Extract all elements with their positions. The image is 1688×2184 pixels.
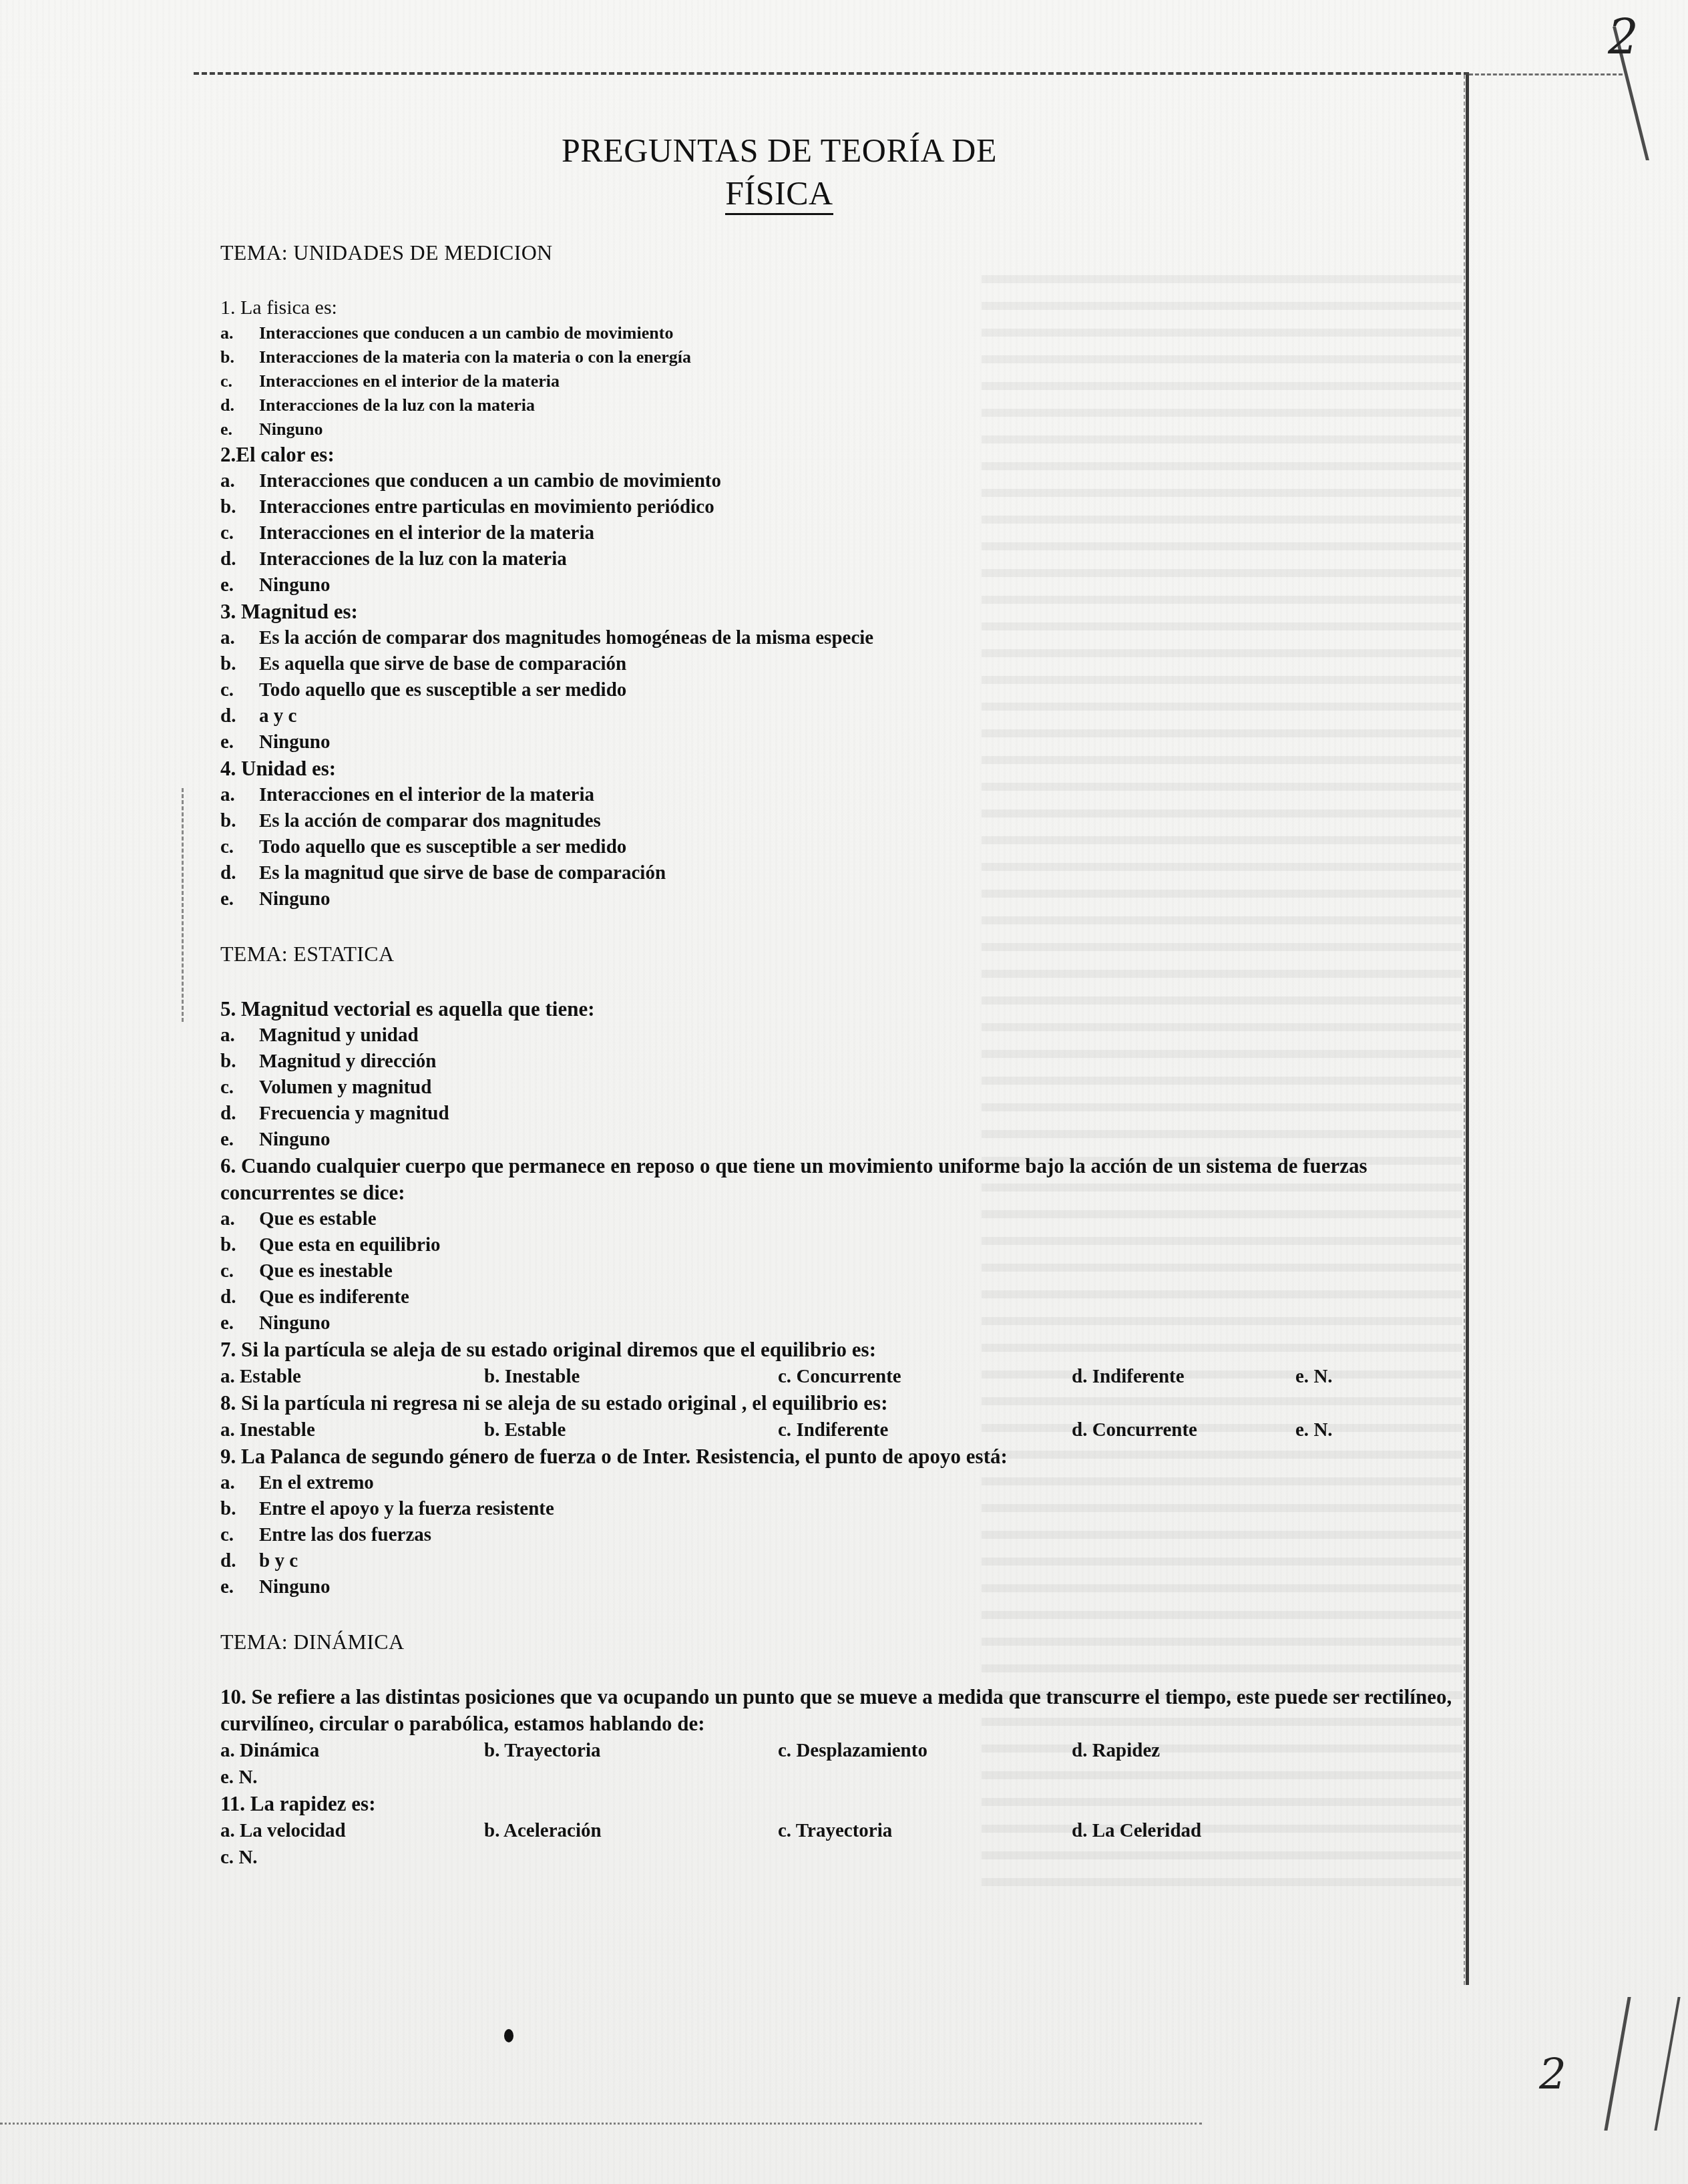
option-c[interactable]: c. N. xyxy=(220,1844,258,1871)
option-label: e. xyxy=(1295,1366,1309,1387)
section-1: TEMA: UNIDADES DE MEDICION1. La fisica e… xyxy=(220,240,1456,912)
option-c[interactable]: c. Indiferente xyxy=(778,1417,1072,1443)
option-label: e. xyxy=(220,1127,259,1153)
option-c[interactable]: c.Interacciones en el interior de la mat… xyxy=(220,369,1456,393)
option-text: Que es indiferente xyxy=(259,1284,409,1310)
option-text: b y c xyxy=(259,1548,298,1574)
option-a[interactable]: a.En el extremo xyxy=(220,1470,1456,1496)
option-label: b. xyxy=(220,1049,259,1075)
option-label: a. xyxy=(220,1820,235,1841)
page-number-top: 2 xyxy=(1608,9,1639,65)
option-d[interactable]: d. La Celeridad xyxy=(1072,1817,1295,1844)
scan-border-top xyxy=(194,72,1469,75)
option-label: a. xyxy=(220,1023,259,1049)
option-list: a.Interacciones que conducen a un cambio… xyxy=(220,468,1456,598)
option-b[interactable]: b.Que esta en equilibrio xyxy=(220,1232,1456,1258)
question-text: 10. Se refiere a las distintas posicione… xyxy=(220,1684,1456,1737)
option-label: b. xyxy=(220,1496,259,1522)
option-d[interactable]: d. Concurrente xyxy=(1072,1417,1295,1443)
option-text: Es la magnitud que sirve de base de comp… xyxy=(259,860,666,886)
option-c[interactable]: c.Todo aquello que es susceptible a ser … xyxy=(220,834,1456,860)
option-text: Entre las dos fuerzas xyxy=(259,1522,431,1548)
option-d[interactable]: d.Es la magnitud que sirve de base de co… xyxy=(220,860,1456,886)
option-text: Trayectoria xyxy=(796,1820,892,1841)
option-label: d. xyxy=(220,1101,259,1127)
question-item: 7. Si la partícula se aleja de su estado… xyxy=(220,1336,1456,1390)
option-d[interactable]: d.Interacciones de la luz con la materia xyxy=(220,393,1456,417)
ink-dot xyxy=(504,2029,513,2042)
question-text: 11. La rapidez es: xyxy=(220,1791,1456,1817)
option-b[interactable]: b. Trayectoria xyxy=(484,1737,778,1764)
option-text: Trayectoria xyxy=(504,1740,600,1761)
option-label: d. xyxy=(220,546,259,572)
option-a[interactable]: a. Estable xyxy=(220,1363,484,1390)
option-text: N. xyxy=(1313,1419,1332,1441)
option-label: e. xyxy=(220,729,259,755)
option-e[interactable]: e. N. xyxy=(1295,1417,1333,1443)
section-heading: TEMA: DINÁMICA xyxy=(220,1630,1456,1654)
option-c[interactable]: c. Trayectoria xyxy=(778,1817,1072,1844)
option-text: N. xyxy=(1313,1366,1332,1387)
option-list: a.Interacciones en el interior de la mat… xyxy=(220,782,1456,912)
scan-border-bottom xyxy=(0,2123,1202,2125)
option-label: d. xyxy=(220,393,259,417)
option-row: a. La velocidadb. Aceleraciónc. Trayecto… xyxy=(220,1817,1456,1844)
option-label: e. xyxy=(220,1574,259,1600)
option-b[interactable]: b.Magnitud y dirección xyxy=(220,1049,1456,1075)
option-text: Que es estable xyxy=(259,1206,377,1232)
page-title: PREGUNTAS DE TEORÍA DE xyxy=(0,131,1623,170)
option-label: b. xyxy=(484,1419,499,1441)
option-e[interactable]: e.Ninguno xyxy=(220,729,1456,755)
option-row: a. Inestableb. Establec. Indiferented. C… xyxy=(220,1417,1456,1443)
question-item: 8. Si la partícula ni regresa ni se alej… xyxy=(220,1390,1456,1443)
option-label: c. xyxy=(220,1847,234,1868)
option-b[interactable]: b.Es aquella que sirve de base de compar… xyxy=(220,651,1456,677)
question-item: 11. La rapidez es:a. La velocidadb. Acel… xyxy=(220,1791,1456,1871)
option-text: Interacciones en el interior de la mater… xyxy=(259,782,594,808)
option-text: Interacciones de la materia con la mater… xyxy=(259,345,691,369)
option-a[interactable]: a.Interacciones que conducen a un cambio… xyxy=(220,321,1456,345)
option-text: Es aquella que sirve de base de comparac… xyxy=(259,651,626,677)
option-a[interactable]: a.Interacciones en el interior de la mat… xyxy=(220,782,1456,808)
option-text: Indiferente xyxy=(1092,1366,1185,1387)
option-text: La velocidad xyxy=(240,1820,346,1841)
option-text: Que esta en equilibrio xyxy=(259,1232,440,1258)
option-label: c. xyxy=(220,1258,259,1284)
question-text: 3. Magnitud es: xyxy=(220,598,1456,625)
option-label: e. xyxy=(220,1767,234,1788)
option-a[interactable]: a. La velocidad xyxy=(220,1817,484,1844)
section-2: TEMA: ESTATICA5. Magnitud vectorial es a… xyxy=(220,912,1456,1600)
option-label: a. xyxy=(220,782,259,808)
option-text: Inestable xyxy=(240,1419,315,1441)
option-text: Rapidez xyxy=(1092,1740,1160,1761)
option-text: N. xyxy=(238,1767,257,1788)
option-text: Inestable xyxy=(505,1366,580,1387)
option-row: a. Dinámicab. Trayectoriac. Desplazamien… xyxy=(220,1737,1456,1764)
option-label: d. xyxy=(1072,1740,1087,1761)
option-d[interactable]: d.b y c xyxy=(220,1548,1456,1574)
option-text: a y c xyxy=(259,703,296,729)
option-a[interactable]: a.Es la acción de comparar dos magnitude… xyxy=(220,625,1456,651)
option-e[interactable]: e. N. xyxy=(220,1764,258,1791)
option-label: b. xyxy=(484,1366,499,1387)
option-label: d. xyxy=(220,703,259,729)
question-text: 6. Cuando cualquier cuerpo que permanece… xyxy=(220,1153,1456,1206)
option-list: a.Que es estableb.Que esta en equilibrio… xyxy=(220,1206,1456,1336)
option-text: Magnitud y unidad xyxy=(259,1023,419,1049)
option-text: Interacciones que conducen a un cambio d… xyxy=(259,321,673,345)
option-label: d. xyxy=(220,1548,259,1574)
scan-border-left xyxy=(182,788,184,1022)
option-c[interactable]: c.Entre las dos fuerzas xyxy=(220,1522,1456,1548)
option-b[interactable]: b.Interacciones entre particulas en movi… xyxy=(220,494,1456,520)
question-item: 2.El calor es:a.Interacciones que conduc… xyxy=(220,441,1456,598)
option-text: Desplazamiento xyxy=(796,1740,927,1761)
section-heading: TEMA: UNIDADES DE MEDICION xyxy=(220,240,1456,265)
option-label: a. xyxy=(220,321,259,345)
section-3: TEMA: DINÁMICA10. Se refiere a las disti… xyxy=(220,1600,1456,1871)
option-list: a.Interacciones que conducen a un cambio… xyxy=(220,321,1456,441)
option-b[interactable]: b.Es la acción de comparar dos magnitude… xyxy=(220,808,1456,834)
option-text: La Celeridad xyxy=(1092,1820,1202,1841)
option-c[interactable]: c. Concurrente xyxy=(778,1363,1072,1390)
option-b[interactable]: b. Aceleración xyxy=(484,1817,778,1844)
option-text: Estable xyxy=(505,1419,566,1441)
question-item: 1. La fisica es:a.Interacciones que cond… xyxy=(220,295,1456,441)
option-text: Es la acción de comparar dos magnitudes xyxy=(259,808,601,834)
option-a[interactable]: a.Que es estable xyxy=(220,1206,1456,1232)
option-text: Ninguno xyxy=(259,729,330,755)
option-text: Que es inestable xyxy=(259,1258,393,1284)
option-label: c. xyxy=(220,520,259,546)
option-label: c. xyxy=(778,1419,791,1441)
option-d[interactable]: d.a y c xyxy=(220,703,1456,729)
option-text: Ninguno xyxy=(259,417,323,441)
option-c[interactable]: c. Desplazamiento xyxy=(778,1737,1072,1764)
option-text: Concurrente xyxy=(1092,1419,1197,1441)
option-label: c. xyxy=(220,834,259,860)
scan-border-right-shadow xyxy=(1464,75,1465,1985)
page-subtitle-text: FÍSICA xyxy=(725,174,833,215)
question-item: 10. Se refiere a las distintas posicione… xyxy=(220,1684,1456,1791)
option-text: Interacciones de la luz con la materia xyxy=(259,546,567,572)
option-label: b. xyxy=(484,1740,499,1761)
option-b[interactable]: b.Entre el apoyo y la fuerza resistente xyxy=(220,1496,1456,1522)
question-text: 4. Unidad es: xyxy=(220,755,1456,782)
option-label: c. xyxy=(220,677,259,703)
option-text: Magnitud y dirección xyxy=(259,1049,436,1075)
question-item: 6. Cuando cualquier cuerpo que permanece… xyxy=(220,1153,1456,1336)
option-text: Ninguno xyxy=(259,1310,330,1336)
spacer xyxy=(220,966,1456,996)
option-c[interactable]: c.Interacciones en el interior de la mat… xyxy=(220,520,1456,546)
option-c[interactable]: c.Volumen y magnitud xyxy=(220,1075,1456,1101)
option-label: c. xyxy=(778,1366,791,1387)
option-e[interactable]: e.Ninguno xyxy=(220,1310,1456,1336)
option-text: Todo aquello que es susceptible a ser me… xyxy=(259,677,626,703)
option-c[interactable]: c.Que es inestable xyxy=(220,1258,1456,1284)
option-label: e. xyxy=(1295,1419,1309,1441)
question-text: 2.El calor es: xyxy=(220,441,1456,468)
option-list: a.En el extremob.Entre el apoyo y la fue… xyxy=(220,1470,1456,1600)
spacer xyxy=(220,912,1456,942)
option-c[interactable]: c.Todo aquello que es susceptible a ser … xyxy=(220,677,1456,703)
option-d[interactable]: d. Rapidez xyxy=(1072,1737,1295,1764)
option-text: Interacciones que conducen a un cambio d… xyxy=(259,468,721,494)
option-b[interactable]: b. Inestable xyxy=(484,1363,778,1390)
option-text: Ninguno xyxy=(259,572,330,598)
option-text: Interacciones de la luz con la materia xyxy=(259,393,535,417)
option-e[interactable]: e. N. xyxy=(1295,1363,1333,1390)
question-text: 9. La Palanca de segundo género de fuerz… xyxy=(220,1443,1456,1470)
question-text: 5. Magnitud vectorial es aquella que tie… xyxy=(220,996,1456,1023)
option-e[interactable]: e.Ninguno xyxy=(220,1127,1456,1153)
option-e[interactable]: e.Ninguno xyxy=(220,1574,1456,1600)
option-text: Indiferente xyxy=(796,1419,888,1441)
handwritten-check-icon xyxy=(1604,1997,1680,2131)
option-label: e. xyxy=(220,886,259,912)
option-list: a.Es la acción de comparar dos magnitude… xyxy=(220,625,1456,755)
option-text: Estable xyxy=(240,1366,301,1387)
option-text: Interacciones en el interior de la mater… xyxy=(259,369,560,393)
option-text: Interacciones entre particulas en movimi… xyxy=(259,494,714,520)
option-text: Frecuencia y magnitud xyxy=(259,1101,449,1127)
option-label: b. xyxy=(220,1232,259,1258)
question-sheet: TEMA: UNIDADES DE MEDICION1. La fisica e… xyxy=(220,240,1456,1871)
option-label: d. xyxy=(220,860,259,886)
question-text: 1. La fisica es: xyxy=(220,295,1456,321)
option-text: Ninguno xyxy=(259,1574,330,1600)
option-label: b. xyxy=(220,651,259,677)
option-e[interactable]: e.Ninguno xyxy=(220,886,1456,912)
option-text: Es la acción de comparar dos magnitudes … xyxy=(259,625,873,651)
option-text: Aceleración xyxy=(503,1820,602,1841)
option-label: e. xyxy=(220,572,259,598)
option-label: c. xyxy=(220,1075,259,1101)
option-text: N. xyxy=(238,1847,257,1868)
option-text: Concurrente xyxy=(796,1366,901,1387)
option-label: a. xyxy=(220,468,259,494)
option-text: Todo aquello que es susceptible a ser me… xyxy=(259,834,626,860)
option-d[interactable]: d.Interacciones de la luz con la materia xyxy=(220,546,1456,572)
option-label: a. xyxy=(220,1740,235,1761)
question-text: 7. Si la partícula se aleja de su estado… xyxy=(220,1336,1456,1363)
page-number-bottom: 2 xyxy=(1539,2050,1566,2100)
option-a[interactable]: a.Magnitud y unidad xyxy=(220,1023,1456,1049)
spacer xyxy=(220,1600,1456,1630)
scan-border-right xyxy=(1466,75,1469,1985)
option-label: d. xyxy=(1072,1366,1087,1387)
option-text: Interacciones en el interior de la mater… xyxy=(259,520,594,546)
question-text: 8. Si la partícula ni regresa ni se alej… xyxy=(220,1390,1456,1417)
option-label: a. xyxy=(220,1366,235,1387)
option-label: c. xyxy=(778,1820,791,1841)
question-item: 3. Magnitud es:a.Es la acción de compara… xyxy=(220,598,1456,755)
option-label: c. xyxy=(220,1522,259,1548)
page-subtitle: FÍSICA xyxy=(0,174,1623,212)
option-label: d. xyxy=(1072,1820,1087,1841)
option-a[interactable]: a.Interacciones que conducen a un cambio… xyxy=(220,468,1456,494)
option-text: Dinámica xyxy=(240,1740,319,1761)
option-d[interactable]: d.Frecuencia y magnitud xyxy=(220,1101,1456,1127)
option-a[interactable]: a. Inestable xyxy=(220,1417,484,1443)
option-label: b. xyxy=(484,1820,499,1841)
scan-border-top-right xyxy=(1469,73,1623,75)
option-row: e. N. xyxy=(220,1764,1456,1791)
option-label: a. xyxy=(220,1470,259,1496)
option-e[interactable]: e.Ninguno xyxy=(220,572,1456,598)
option-row: a. Estableb. Inestablec. Concurrented. I… xyxy=(220,1363,1456,1390)
option-text: Ninguno xyxy=(259,886,330,912)
question-item: 9. La Palanca de segundo género de fuerz… xyxy=(220,1443,1456,1600)
spacer xyxy=(220,1654,1456,1684)
question-item: 5. Magnitud vectorial es aquella que tie… xyxy=(220,996,1456,1153)
option-label: c. xyxy=(220,369,259,393)
option-text: En el extremo xyxy=(259,1470,374,1496)
option-label: d. xyxy=(220,1284,259,1310)
option-text: Volumen y magnitud xyxy=(259,1075,431,1101)
option-d[interactable]: d. Indiferente xyxy=(1072,1363,1295,1390)
option-label: a. xyxy=(220,625,259,651)
section-heading: TEMA: ESTATICA xyxy=(220,942,1456,966)
option-label: e. xyxy=(220,417,259,441)
question-item: 4. Unidad es:a.Interacciones en el inter… xyxy=(220,755,1456,912)
option-text: Ninguno xyxy=(259,1127,330,1153)
option-a[interactable]: a. Dinámica xyxy=(220,1737,484,1764)
option-label: b. xyxy=(220,494,259,520)
option-d[interactable]: d.Que es indiferente xyxy=(220,1284,1456,1310)
option-b[interactable]: b. Estable xyxy=(484,1417,778,1443)
option-b[interactable]: b.Interacciones de la materia con la mat… xyxy=(220,345,1456,369)
option-text: Entre el apoyo y la fuerza resistente xyxy=(259,1496,554,1522)
option-label: a. xyxy=(220,1206,259,1232)
option-label: d. xyxy=(1072,1419,1087,1441)
option-label: a. xyxy=(220,1419,235,1441)
option-label: b. xyxy=(220,808,259,834)
option-e[interactable]: e.Ninguno xyxy=(220,417,1456,441)
scanned-page: 2 2 PREGUNTAS DE TEORÍA DE FÍSICA TEMA: … xyxy=(0,0,1688,2184)
option-label: b. xyxy=(220,345,259,369)
option-label: c. xyxy=(778,1740,791,1761)
spacer xyxy=(220,265,1456,295)
option-list: a.Magnitud y unidadb.Magnitud y direcció… xyxy=(220,1023,1456,1153)
option-row: c. N. xyxy=(220,1844,1456,1871)
option-label: e. xyxy=(220,1310,259,1336)
